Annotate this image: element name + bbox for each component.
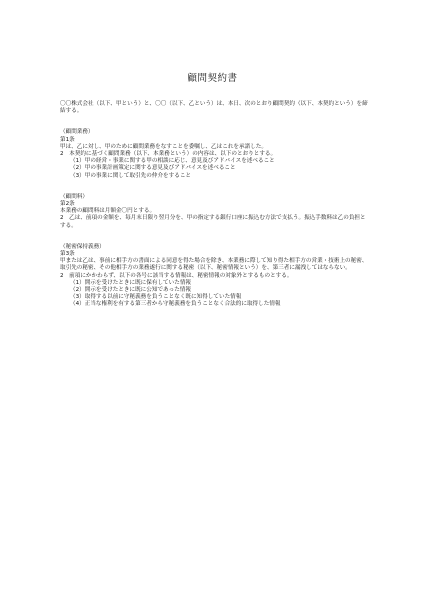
article-number: 第1条 (60, 137, 370, 144)
article-item: （1）開示を受けたときに既に保有していた情報 (60, 280, 370, 287)
article-caption: （秘密保持義務） (60, 244, 370, 251)
article-paragraph: 甲または乙は、事前に相手方の書面による同意を得た場合を除き、本業務に際して知り得… (60, 258, 370, 272)
article-item: （2）甲の事業計画策定に関する意見及びアドバイスを述べること (60, 165, 370, 172)
article-2: （顧問料） 第2条 本業務の顧問料は月額金〇円とする。 2 乙は、前項の金額を、… (60, 194, 370, 230)
article-caption: （顧問業務） (60, 129, 370, 136)
article-3: （秘密保持義務） 第3条 甲または乙は、事前に相手方の書面による同意を得た場合を… (60, 244, 370, 309)
preamble: 〇〇株式会社（以下、甲という）と、〇〇（以下、乙という）は、本日、次のとおり顧問… (60, 101, 370, 115)
document-title: 顧問契約書 (0, 70, 425, 84)
spacer (60, 180, 370, 194)
spacer (60, 115, 370, 129)
article-paragraph: 2 前項にかかわらず、以下の各号に該当する情報は、秘密情報の対象外とするものとす… (60, 273, 370, 280)
article-paragraph: 甲は、乙に対し、甲のために顧問業務をなすことを委嘱し、乙はこれを承諾した。 (60, 144, 370, 151)
article-item: （3）甲の事業に関して取引先の仲介をすること (60, 173, 370, 180)
article-paragraph: 2 乙は、前項の金額を、毎月末日限り翌月分を、甲の指定する銀行口座に振込む方法で… (60, 215, 370, 229)
article-1: （顧問業務） 第1条 甲は、乙に対し、甲のために顧問業務をなすことを委嘱し、乙は… (60, 129, 370, 179)
document-body: 〇〇株式会社（以下、甲という）と、〇〇（以下、乙という）は、本日、次のとおり顧問… (60, 101, 370, 309)
article-item: （4）正当な権利を有する第三者から守秘義務を負うことなく合法的に取得した情報 (60, 301, 370, 308)
spacer (60, 230, 370, 244)
article-caption: （顧問料） (60, 194, 370, 201)
